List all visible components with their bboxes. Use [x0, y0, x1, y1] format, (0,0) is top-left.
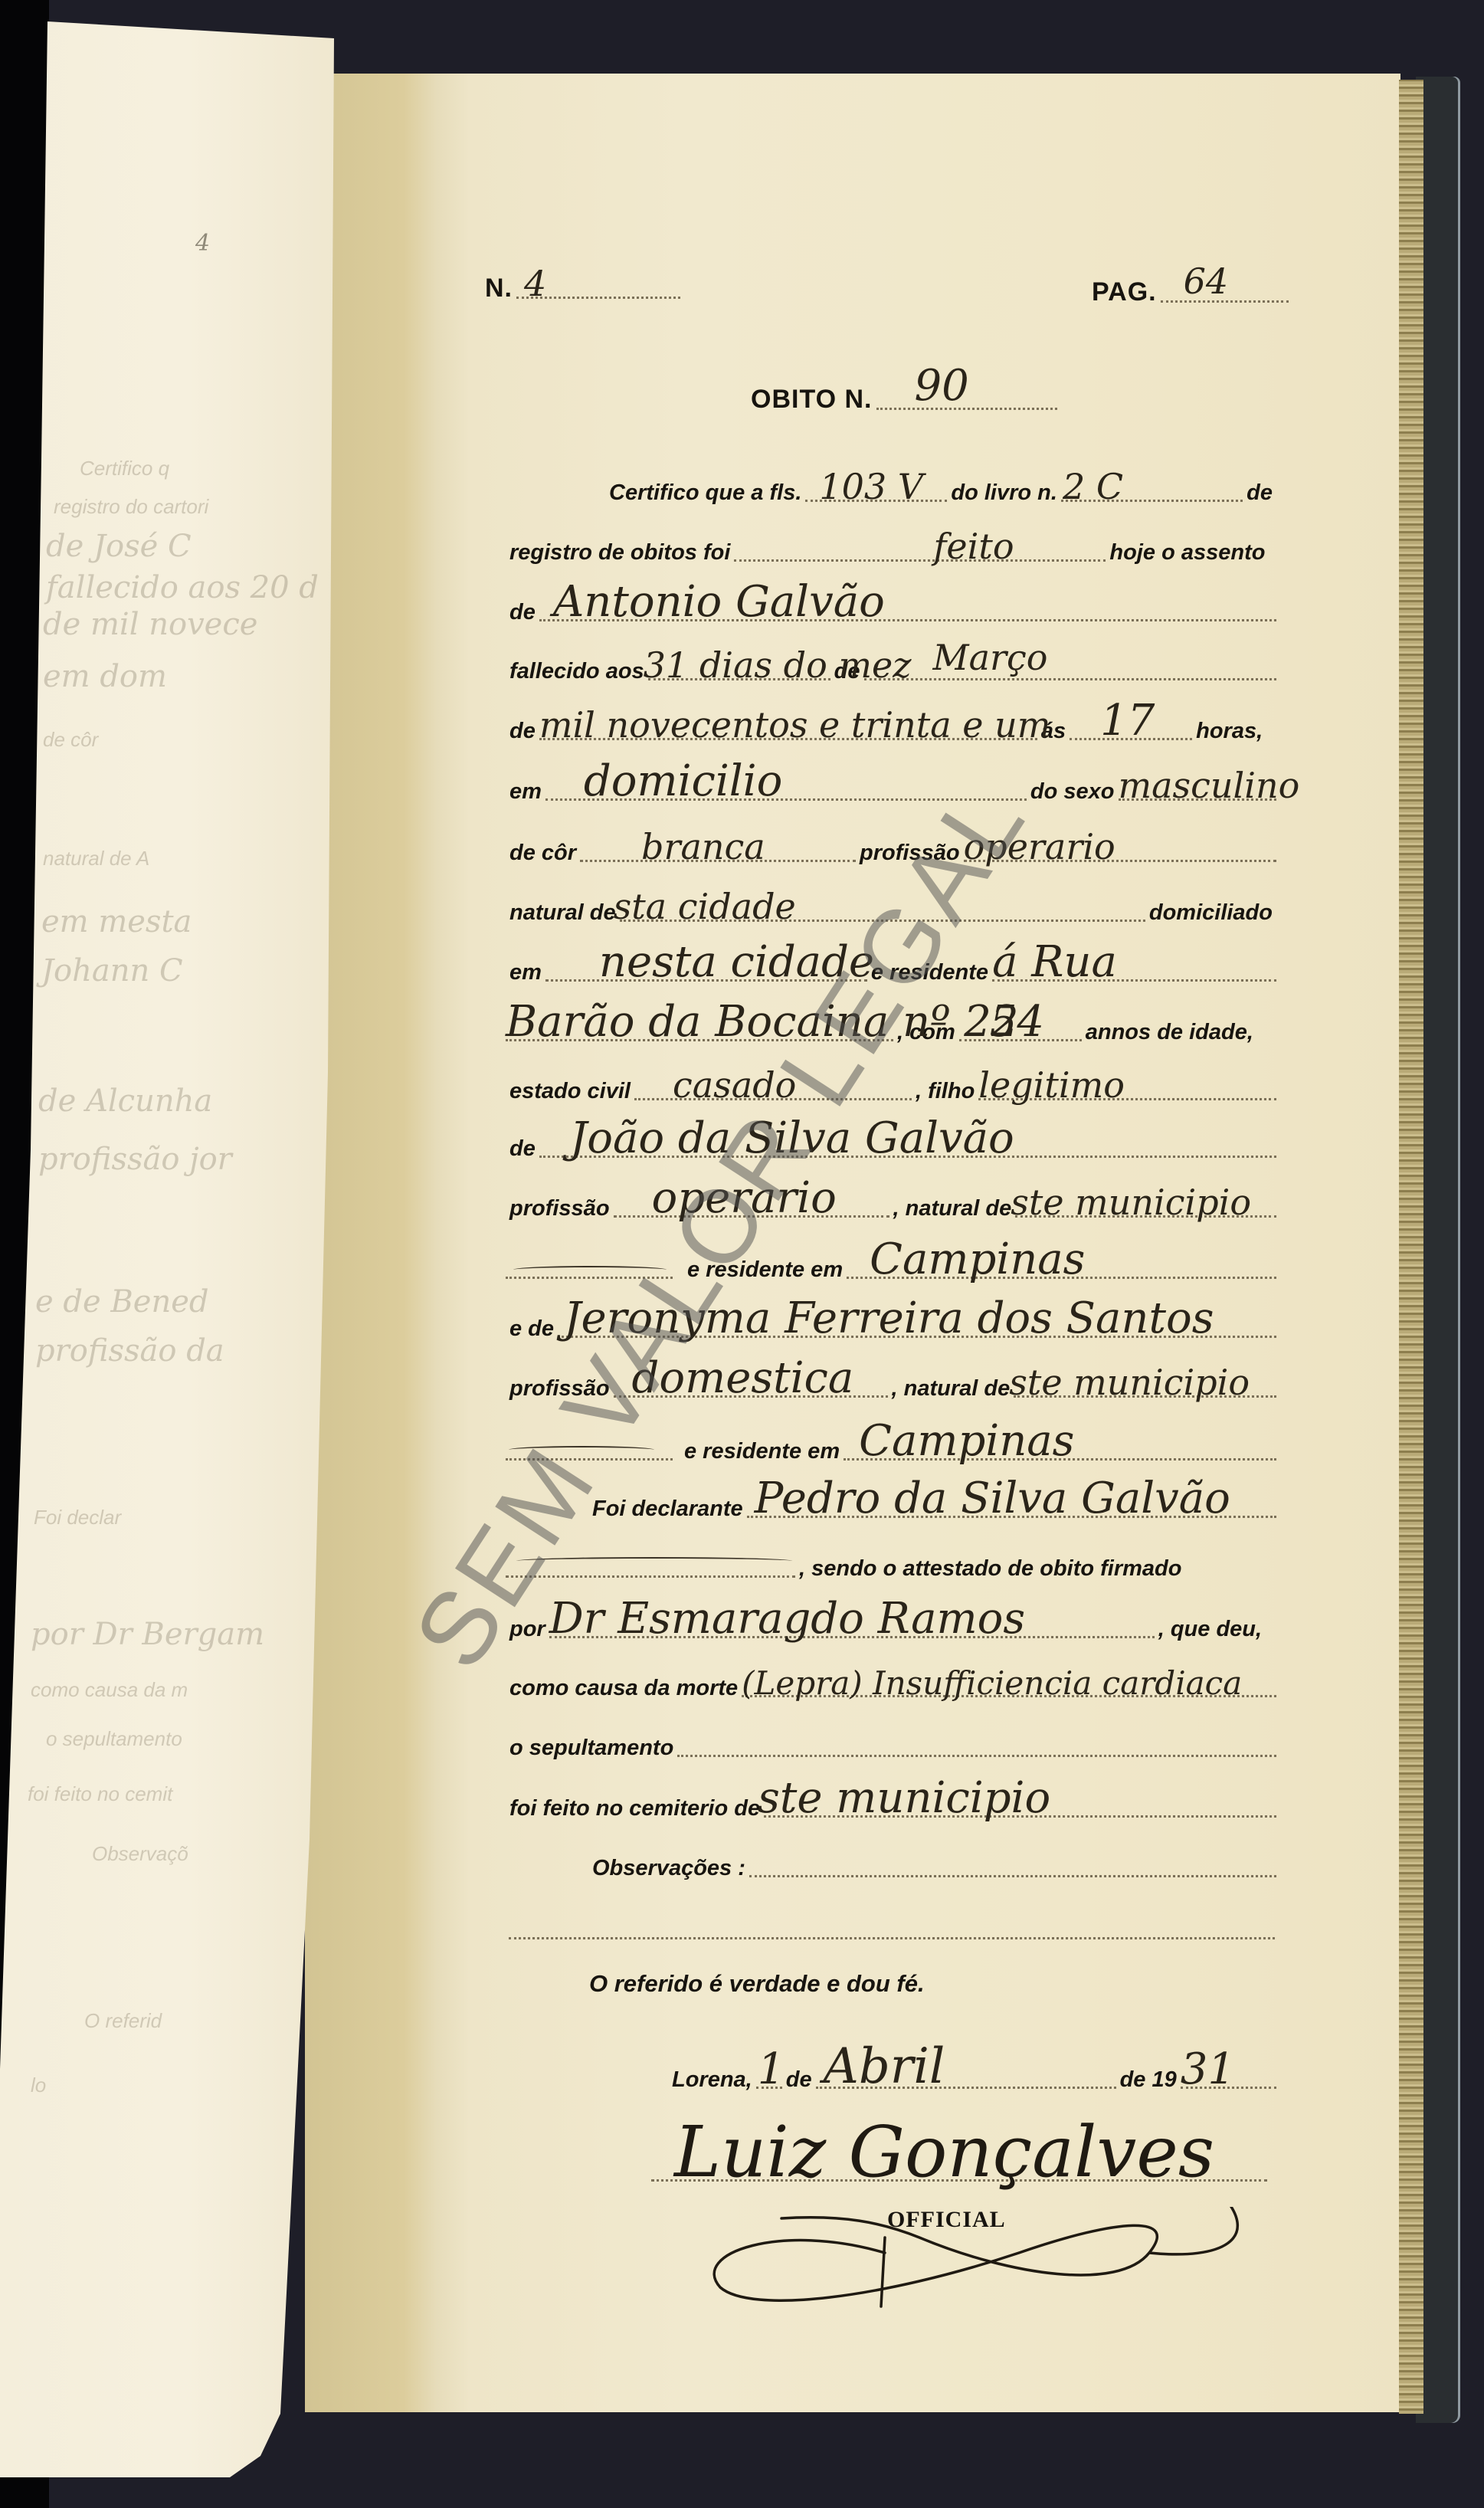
- facing-page-number: 4: [195, 230, 210, 257]
- idade-field: 54: [959, 1008, 1082, 1041]
- mae-natural-field: ste municipio: [1014, 1365, 1276, 1398]
- pai-residente-value: Campinas: [870, 1238, 1085, 1281]
- row-causa: como causa da morte (Lepra) Insufficienc…: [506, 1663, 1276, 1706]
- mae-residente-value: Campinas: [859, 1420, 1074, 1463]
- day-field: 1: [756, 2056, 782, 2089]
- register-number-value: 4: [524, 266, 546, 301]
- registro-field: feito: [734, 529, 1106, 562]
- facing-page-faint-text: em mesta: [41, 904, 192, 939]
- sexo-field: masculino: [1119, 768, 1276, 801]
- facing-page-faint-text: e de Bened: [35, 1284, 208, 1320]
- natural-value: sta cidade: [614, 889, 796, 924]
- pai-label: de: [506, 1138, 539, 1166]
- facing-page-faint-text: Foi declar: [34, 1506, 121, 1529]
- row-attestado: , sendo o attestado de obito firmado: [506, 1543, 1276, 1586]
- facing-page-faint-text: Observaçõ: [92, 1842, 188, 1866]
- register-number: N. 4: [481, 264, 680, 307]
- obito-number-field: 90: [876, 377, 1058, 410]
- causa-field: (Lepra) Insufficiencia cardiaca: [742, 1664, 1276, 1697]
- ano-field: mil novecentos e trinta e um: [539, 707, 1037, 740]
- pai-natural-field: ste municipio: [1015, 1185, 1276, 1218]
- row-medico: por Dr Esmaragdo Ramos , que deu,: [506, 1604, 1276, 1647]
- page-number: PAG. 64: [1088, 268, 1289, 311]
- endereco-value: Barão da Bocaina nº 22: [506, 1001, 1018, 1044]
- cause-of-death: (Lepra) Insufficiencia cardiaca: [742, 1667, 1242, 1700]
- livro-value: 2 C: [1063, 469, 1123, 504]
- row-cemiterio: foi feito no cemiterio de ste municipio: [506, 1783, 1276, 1826]
- row-certifico: Certifico que a fls. 103 V do livro n. 2…: [605, 467, 1276, 510]
- facing-page-faint-text: de José C: [46, 529, 192, 564]
- page-number-label: PAG.: [1088, 279, 1161, 311]
- facing-page-faint-text: natural de A: [43, 847, 149, 870]
- pai-residente-field: Campinas: [847, 1246, 1276, 1279]
- obito-title: OBITO N. 90: [747, 375, 1057, 418]
- row-nome: de Antonio Galvão: [506, 587, 1276, 630]
- domiciliado-label: domiciliado: [1145, 902, 1276, 930]
- filho-value: legitimo: [978, 1067, 1125, 1103]
- livro-field: 2 C: [1061, 469, 1243, 502]
- facing-page-faint-text: Certifico q: [80, 457, 169, 480]
- page-edge-binding: [1399, 80, 1423, 2414]
- obito-number-value: 90: [915, 365, 969, 408]
- row-pai: de João da Silva Galvão: [506, 1123, 1276, 1166]
- horas-field: 17: [1070, 707, 1192, 740]
- row-pai-profissao: profissão operario , natural de ste muni…: [506, 1183, 1276, 1226]
- attestation-statement: O referido é verdade e dou fé.: [585, 1972, 929, 2001]
- cor-label: de côr: [506, 842, 580, 870]
- cor-field: branca: [580, 829, 856, 862]
- nome-field: Antonio Galvão: [539, 588, 1276, 621]
- cor-value: branca: [641, 829, 765, 864]
- facing-page-faint-text: como causa da m: [31, 1678, 188, 1702]
- declarant-name: Pedro da Silva Galvão: [755, 1477, 1230, 1520]
- observacoes-extra-line: [509, 1906, 1275, 1939]
- deu-label: , que deu,: [1155, 1618, 1266, 1647]
- declarante-field: Pedro da Silva Galvão: [747, 1485, 1276, 1518]
- year-field: 31: [1181, 2056, 1276, 2089]
- facing-page-faint-text: foi feito no cemit: [28, 1782, 172, 1806]
- row-registro: registro de obitos foi feito hoje o asse…: [506, 527, 1276, 570]
- livro-suffix: de: [1243, 482, 1276, 510]
- mae-natural-label: , natural de: [888, 1378, 1014, 1406]
- mae-residente-label: e residente em: [680, 1441, 844, 1469]
- nome-label: de: [506, 602, 539, 630]
- assento-label: hoje o assento: [1106, 542, 1269, 570]
- mae-residente-field: Campinas: [844, 1428, 1276, 1461]
- residente-value: á Rua: [992, 941, 1117, 984]
- sexo-value: masculino: [1119, 768, 1300, 803]
- facing-page-faint-text: registro do cartori: [54, 495, 208, 519]
- fls-field: 103 V: [805, 469, 947, 502]
- observacoes-label: Observações :: [588, 1857, 749, 1886]
- sepultamento-label: o sepultamento: [506, 1737, 677, 1765]
- page-number-value: 64: [1184, 264, 1229, 299]
- mes-value: Março: [933, 640, 1048, 675]
- facing-page: [0, 0, 337, 2483]
- observacoes-field: [749, 1844, 1276, 1877]
- registro-label: registro de obitos foi: [506, 542, 734, 570]
- month-label: de: [782, 2069, 816, 2097]
- idade-label: annos de idade,: [1082, 1021, 1257, 1050]
- row-fe: O referido é verdade e dou fé.: [585, 1959, 1045, 2001]
- physician-name: Dr Esmaragdo Ramos: [549, 1598, 1025, 1641]
- row-observacoes-continuation: [509, 1905, 1275, 1948]
- pai-profissao-label: profissão: [506, 1198, 614, 1226]
- facing-page-faint-text: Johann C: [41, 953, 183, 988]
- register-number-label: N.: [481, 275, 516, 307]
- local-label: em: [506, 781, 545, 809]
- official-signature: Luiz Gonçalves: [674, 2111, 1214, 2193]
- row-declarante: Foi declarante Pedro da Silva Galvão: [588, 1483, 1276, 1526]
- official-title: OFFICIAL: [887, 2207, 1006, 2233]
- facing-page-faint-text: por Dr Bergam: [31, 1617, 264, 1652]
- row-local: em domicilio do sexo masculino: [506, 766, 1276, 809]
- row-sepultamento: o sepultamento: [506, 1723, 1276, 1765]
- facing-page-faint-text: de Alcunha: [38, 1084, 212, 1119]
- mae-natural-value: ste municipio: [1009, 1365, 1250, 1400]
- month-field: Abril: [816, 2056, 1116, 2089]
- filho-label: , filho: [912, 1080, 978, 1109]
- scanned-book-spread: 4 Certifico q registro do cartori de Jos…: [0, 0, 1484, 2508]
- row-observacoes: Observações :: [588, 1843, 1276, 1886]
- natural-label: natural de: [506, 902, 620, 930]
- local-value: domicilio: [584, 760, 782, 803]
- row-fallecido: fallecido aos 31 dias do mez de Março: [506, 646, 1276, 689]
- register-number-field: 4: [516, 266, 680, 299]
- deceased-name: Antonio Galvão: [553, 581, 885, 624]
- facing-page-faint-text: o sepultamento: [46, 1727, 182, 1751]
- pai-field: João da Silva Galvão: [539, 1125, 1276, 1158]
- mae-label: e de: [506, 1318, 558, 1346]
- day-value: 1: [758, 2048, 785, 2091]
- ano-label: de: [506, 720, 539, 749]
- obito-title-label: OBITO N.: [747, 386, 876, 418]
- row-date: Lorena, 1 de Abril de 19 31: [668, 2054, 1276, 2097]
- year-value: 31: [1181, 2048, 1235, 2091]
- facing-page-faint-text: de mil novece: [43, 607, 257, 642]
- dia-field: 31 dias do mez: [648, 647, 830, 680]
- facing-page-faint-text: O referid: [84, 2009, 162, 2033]
- horas-value: 17: [1100, 700, 1155, 743]
- medico-field: Dr Esmaragdo Ramos: [549, 1605, 1155, 1638]
- fls-label: Certifico que a fls.: [605, 482, 805, 510]
- mes-field: Março: [864, 647, 1276, 680]
- facing-page-faint-text: profissão da: [35, 1333, 224, 1369]
- pai-natural-value: ste municipio: [1011, 1185, 1251, 1220]
- domicilio-label: em: [506, 962, 545, 990]
- cemiterio-value: ste municipio: [758, 1777, 1050, 1820]
- page-number-field: 64: [1161, 270, 1289, 303]
- facing-page-faint-text: fallecido aos 20 d: [46, 570, 319, 605]
- idade-value: 54: [990, 1001, 1044, 1044]
- sepultamento-field: [677, 1724, 1276, 1757]
- registro-value: feito: [933, 529, 1014, 564]
- year-label: de 19: [1116, 2069, 1181, 2097]
- month-value: Abril: [824, 2042, 945, 2091]
- facing-page-faint-text: em dom: [43, 659, 167, 694]
- filho-field: legitimo: [978, 1067, 1276, 1100]
- estado-civil-label: estado civil: [506, 1080, 634, 1109]
- city-label: Lorena,: [668, 2069, 756, 2097]
- residente-field: á Rua: [992, 949, 1276, 982]
- livro-label: do livro n.: [947, 482, 1061, 510]
- facing-page-faint-text: lo: [31, 2074, 46, 2097]
- cemiterio-label: foi feito no cemiterio de: [506, 1798, 764, 1826]
- facing-page-faint-text: de côr: [43, 728, 98, 752]
- horas-label: horas,: [1192, 720, 1266, 749]
- fallecido-label: fallecido aos: [506, 661, 648, 689]
- fls-value: 103 V: [819, 469, 923, 504]
- row-ano: de mil novecentos e trinta e um ás 17 ho…: [506, 706, 1276, 749]
- pai-natural-label: , natural de: [889, 1198, 1016, 1226]
- facing-page-faint-text: profissão jor: [38, 1142, 232, 1177]
- causa-label: como causa da morte: [506, 1677, 742, 1706]
- attestado-label: , sendo o attestado de obito firmado: [795, 1558, 1185, 1586]
- cemiterio-field: ste municipio: [764, 1785, 1276, 1818]
